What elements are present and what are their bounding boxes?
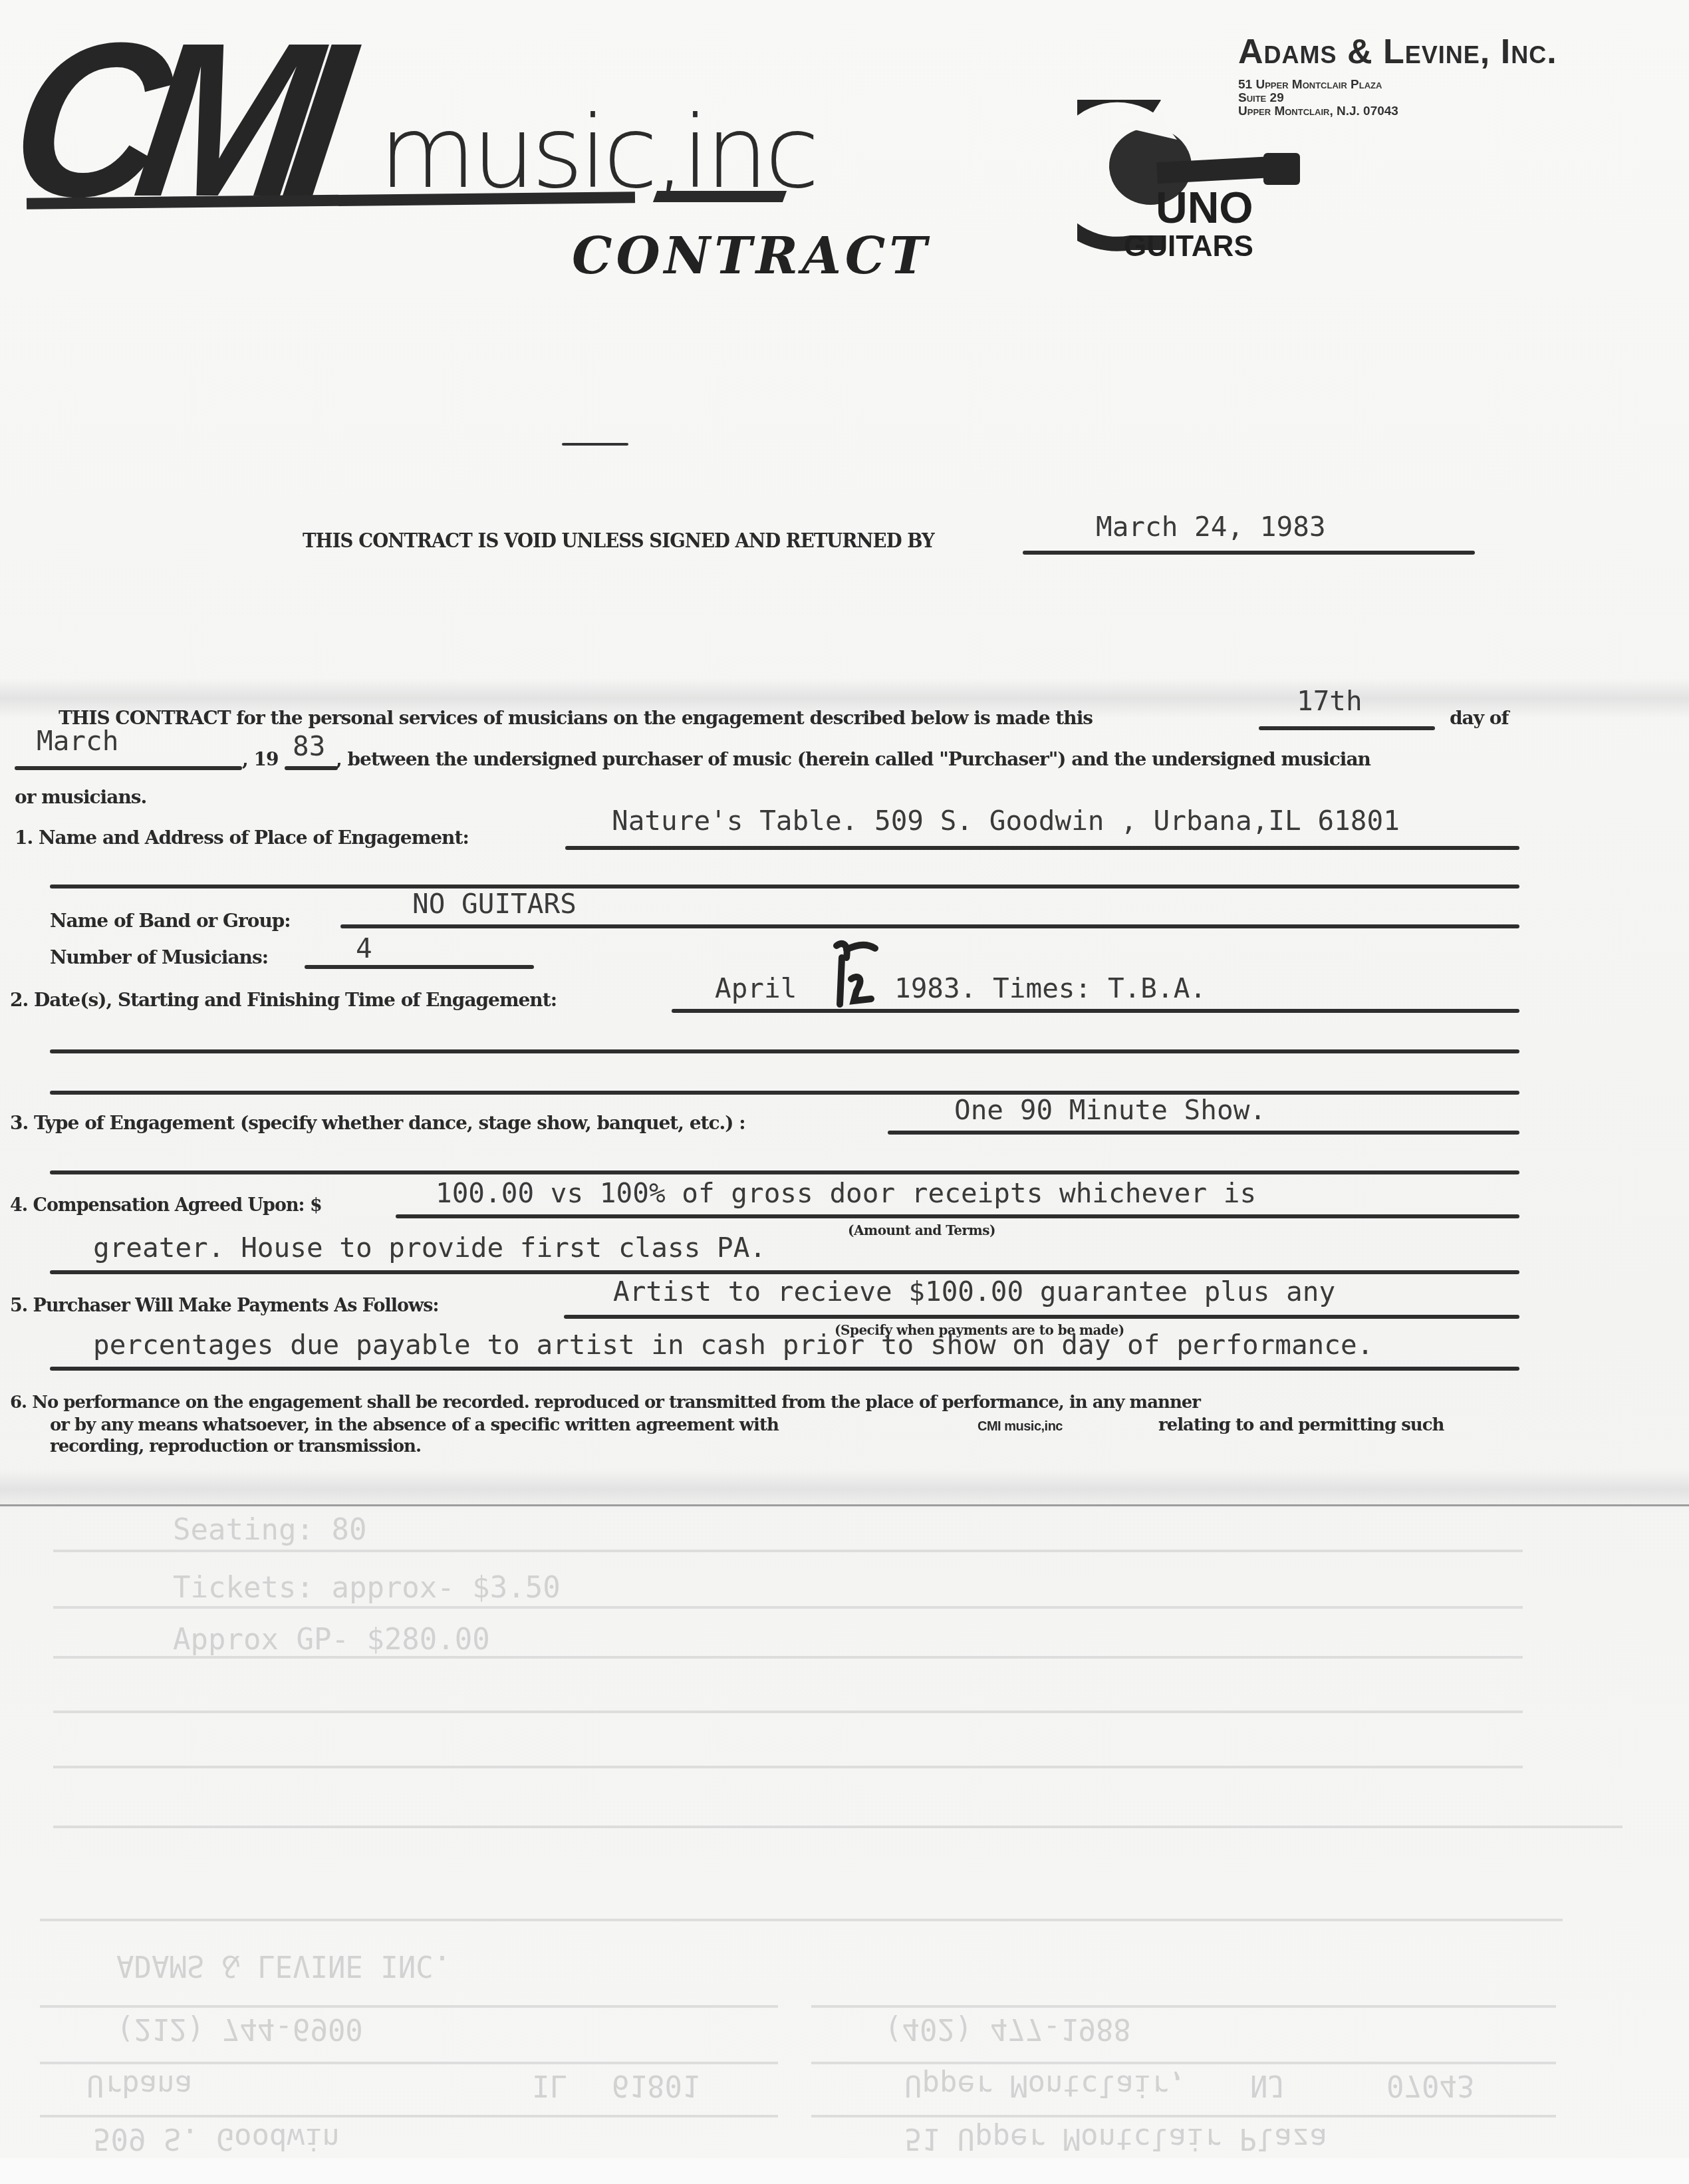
preamble-text-4: or musicians. — [15, 786, 146, 808]
recording-clause-1: 6. No performance on the engagement shal… — [10, 1393, 1200, 1413]
place-value[interactable]: Nature's Table. 509 S. Goodwin , Urbana,… — [612, 805, 1400, 837]
type-value[interactable]: One 90 Minute Show. — [954, 1094, 1266, 1126]
bleed-mirrored-text: 51 Upper Montclair Plaza — [904, 2121, 1327, 2155]
bleed-rule — [53, 1550, 1523, 1552]
contract-page: CMI music,inc CONTRACT Adams & Levine, I… — [0, 0, 1689, 2184]
bleed-mirrored-text: NJ — [1250, 2068, 1285, 2102]
musicians-value[interactable]: 4 — [356, 932, 372, 964]
stray-mark — [562, 443, 628, 446]
bleed-mirrored-text: (212) 744-6900 — [116, 2012, 363, 2046]
bleed-rule — [53, 1606, 1523, 1609]
bleed-rule — [53, 1656, 1523, 1659]
year-line — [285, 766, 338, 770]
year-prefix: , 19 — [242, 748, 278, 770]
preamble-text-1: THIS CONTRACT for the personal services … — [59, 707, 1093, 729]
day-value[interactable]: 17th — [1297, 685, 1363, 717]
bleed-rule — [53, 1766, 1523, 1768]
bleed-mirrored-text: 509 S. Goodwin — [93, 2121, 340, 2155]
compensation-label: 4. Compensation Agreed Upon: $ — [10, 1195, 322, 1216]
month-value[interactable]: March — [37, 725, 118, 757]
page-bottom-edge — [0, 2158, 1689, 2184]
preamble-text-2: day of — [1450, 707, 1508, 729]
payments-line-2 — [50, 1367, 1519, 1371]
type-line — [888, 1131, 1519, 1135]
void-date-value[interactable]: March 24, 1983 — [1096, 511, 1326, 543]
logo-underline-short — [653, 191, 787, 202]
bleed-rule — [811, 2115, 1556, 2117]
payments-label: 5. Purchaser Will Make Payments As Follo… — [10, 1296, 438, 1316]
uno-guitars-logo: UNO GUITARS — [1077, 100, 1330, 259]
compensation-line — [396, 1214, 1519, 1218]
compensation-value-1[interactable]: 100.00 vs 100% of gross door receipts wh… — [436, 1177, 1256, 1209]
svg-text:GUITARS: GUITARS — [1124, 230, 1253, 259]
type-label: 3. Type of Engagement (specify whether d… — [10, 1112, 745, 1134]
paper-fold — [0, 1470, 1689, 1510]
dates-line-3 — [50, 1091, 1519, 1095]
bleed-mirrored-text: ADAMS & LEVINE INC. — [116, 1949, 451, 1982]
bleed-rule — [40, 2062, 778, 2064]
musicians-line — [305, 965, 534, 969]
bleed-through-line: Tickets: approx- $3.50 — [173, 1571, 561, 1605]
payments-value-1[interactable]: Artist to recieve $100.00 guarantee plus… — [613, 1276, 1335, 1307]
bleed-rule — [40, 2005, 778, 2008]
band-value[interactable]: NO GUITARS — [412, 888, 577, 920]
cmi-inline-logo: CMI music,inc — [977, 1419, 1063, 1434]
place-label: 1. Name and Address of Place of Engageme… — [15, 827, 469, 849]
bleed-rule — [40, 1919, 1563, 1921]
bleed-through-line: Seating: 80 — [173, 1513, 366, 1547]
band-label: Name of Band or Group: — [50, 910, 291, 932]
bleed-mirrored-text: IL — [532, 2068, 567, 2102]
recording-clause-3: recording, reproduction or transmission. — [50, 1436, 421, 1456]
payments-value-2[interactable]: percentages due payable to artist in cas… — [93, 1329, 1373, 1361]
band-line — [340, 924, 1519, 928]
dates-line — [672, 1009, 1519, 1013]
place-line-2 — [50, 885, 1519, 888]
guitar-icon: UNO GUITARS — [1077, 100, 1330, 259]
bleed-mirrored-text: 07043 — [1386, 2068, 1474, 2102]
handwritten-date-correction — [817, 938, 890, 1011]
bleed-mirrored-text: (402) 477-1988 — [884, 2012, 1131, 2046]
compensation-line-2 — [50, 1270, 1519, 1274]
compensation-hint: (Amount and Terms) — [848, 1222, 995, 1238]
type-line-2 — [50, 1170, 1519, 1174]
svg-text:UNO: UNO — [1156, 183, 1253, 232]
bleed-rule — [811, 2062, 1556, 2064]
company-name: Adams & Levine, Inc. — [1238, 32, 1557, 72]
bleed-rule — [53, 1826, 1623, 1828]
day-line — [1259, 726, 1435, 730]
bleed-rule — [53, 1710, 1523, 1713]
dates-value-prefix[interactable]: April — [715, 972, 797, 1004]
preamble-text-3: , between the undersigned purchaser of m… — [336, 748, 1370, 770]
cmi-logo-text: music,inc — [379, 103, 815, 203]
payments-line — [564, 1315, 1519, 1319]
cmi-logo-mark: CMI — [3, 30, 382, 209]
month-line — [15, 766, 242, 770]
musicians-label: Number of Musicians: — [50, 946, 268, 968]
dates-line-2 — [50, 1049, 1519, 1053]
recording-clause-2b: relating to and permitting such — [1158, 1415, 1444, 1435]
bleed-through-line: Approx GP- $280.00 — [173, 1623, 490, 1657]
bleed-mirrored-text: Upper Montclair, — [904, 2068, 1186, 2102]
bleed-rule — [811, 2005, 1556, 2008]
document-title: CONTRACT — [572, 226, 931, 285]
compensation-value-2[interactable]: greater. House to provide first class PA… — [93, 1232, 766, 1264]
void-clause-label: THIS CONTRACT IS VOID UNLESS SIGNED AND … — [303, 529, 934, 552]
recording-clause-2a: or by any means whatsoever, in the absen… — [50, 1415, 779, 1435]
bleed-mirrored-text: 61801 — [612, 2068, 700, 2102]
void-date-line — [1023, 551, 1475, 555]
dates-value-suffix[interactable]: 1983. Times: T.B.A. — [894, 972, 1206, 1004]
bleed-mirrored-text: Urbana — [86, 2068, 192, 2102]
year-value[interactable]: 83 — [293, 730, 325, 762]
address-line-1: 51 Upper Montclair Plaza — [1238, 78, 1398, 92]
bleed-rule — [40, 2115, 778, 2117]
place-line — [565, 846, 1519, 850]
dates-label: 2. Date(s), Starting and Finishing Time … — [10, 989, 557, 1011]
fold-line — [0, 1504, 1689, 1506]
